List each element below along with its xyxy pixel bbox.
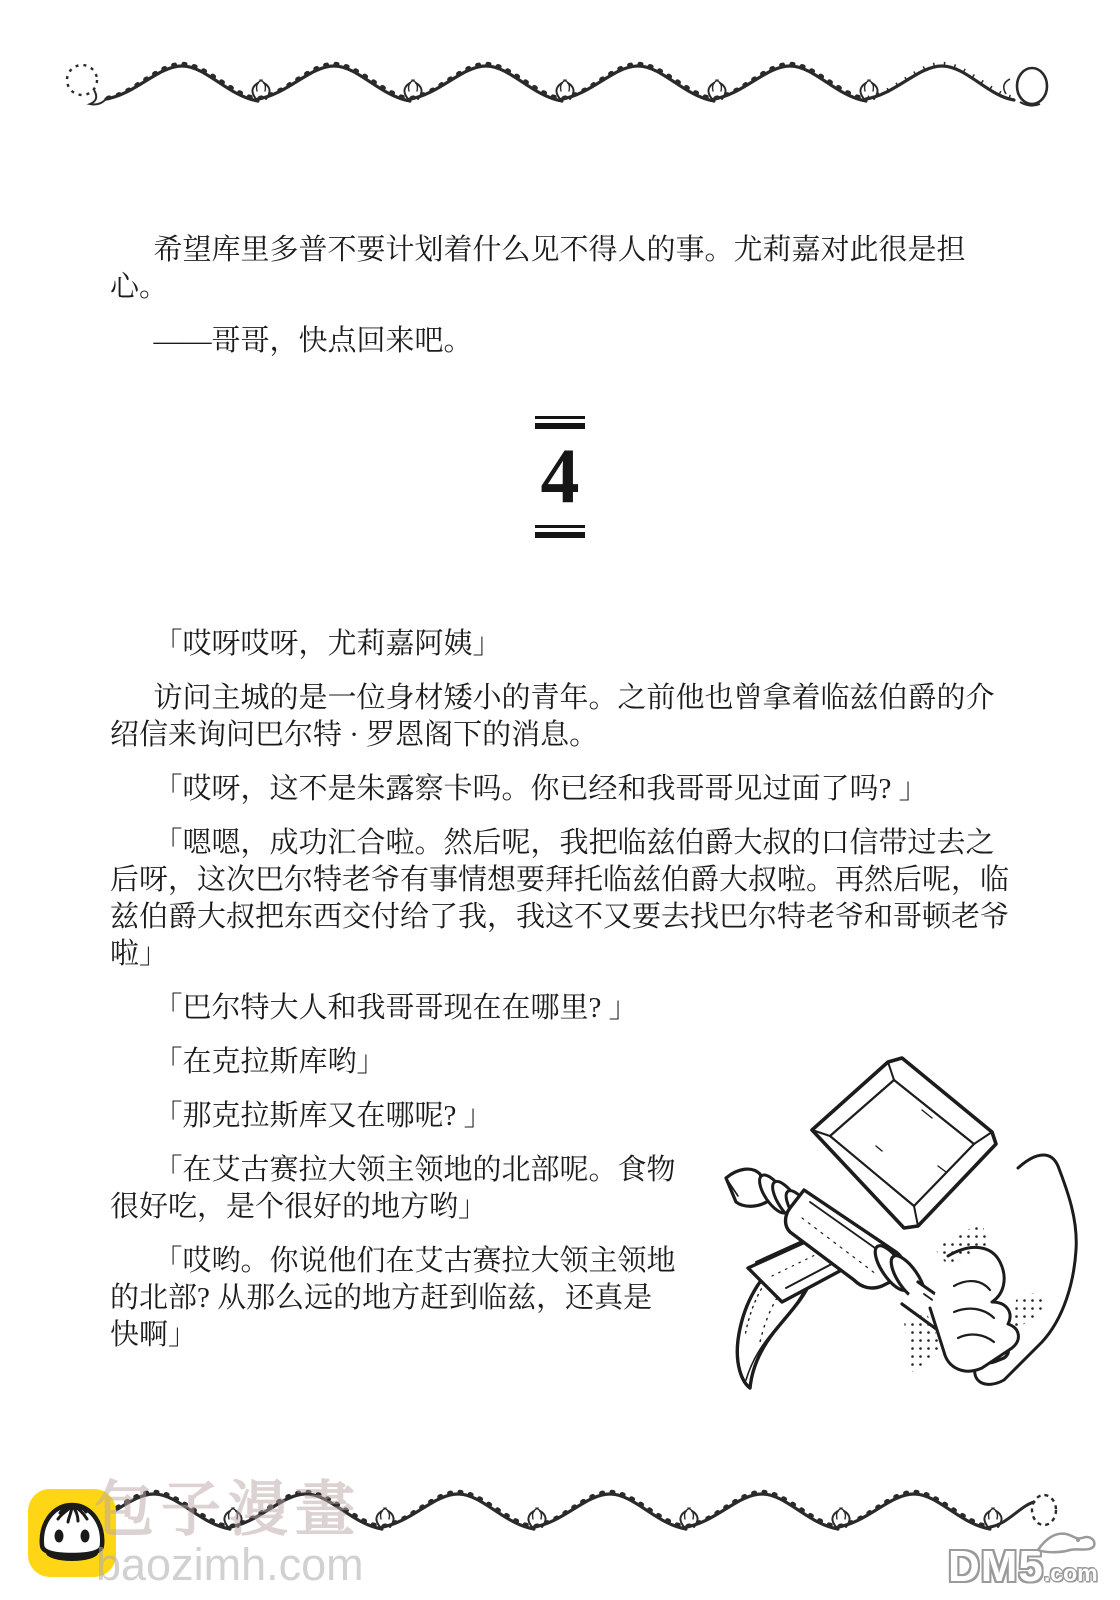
- dm5-logo-suffix: .com: [1044, 1560, 1098, 1586]
- paragraph: 「哎呀，这不是朱露察卡吗。你已经和我哥哥见过面了吗? 」: [110, 771, 1010, 808]
- top-scroll-ornament: [58, 58, 1062, 116]
- paragraph: 「哎呀哎呀，尤莉嘉阿姨」: [110, 626, 1010, 663]
- chapter-heading: 4: [110, 416, 1010, 538]
- novel-page: 希望库里多普不要计划着什么见不得人的事。尤莉嘉对此很是担心。——哥哥，快点回来吧…: [0, 0, 1120, 1600]
- paragraph: 「巴尔特大人和我哥哥现在在哪里? 」: [110, 990, 1010, 1027]
- chapter-rule-top: [535, 416, 585, 429]
- paragraph: 「嗯嗯，成功汇合啦。然后呢，我把临兹伯爵大叔的口信带过去之后呀，这次巴尔特老爷有…: [110, 825, 1010, 973]
- dm5-logo: DM5.com: [948, 1542, 1118, 1598]
- paragraph: 希望库里多普不要计划着什么见不得人的事。尤莉嘉对此很是担心。: [110, 232, 1010, 306]
- paragraph: ——哥哥，快点回来吧。: [110, 323, 1010, 360]
- dm5-mascot-icon: [1032, 1526, 1102, 1556]
- dm5-logo-text: DM5: [948, 1542, 1044, 1591]
- warhammer-icon: [686, 1050, 1118, 1398]
- intro-paragraphs: 希望库里多普不要计划着什么见不得人的事。尤莉嘉对此很是担心。——哥哥，快点回来吧…: [110, 232, 1010, 360]
- scroll-flourish-icon: [58, 58, 1062, 116]
- dialogue-paragraphs: 「哎呀哎呀，尤莉嘉阿姨」访问主城的是一位身材矮小的青年。之前他也曾拿着临兹伯爵的…: [110, 626, 1010, 1081]
- chapter-number: 4: [110, 439, 1010, 513]
- chapter-rule-bottom: [535, 525, 585, 538]
- hammer-illustration: [686, 1050, 1118, 1398]
- paragraph: 访问主城的是一位身材矮小的青年。之前他也曾拿着临兹伯爵的介绍信来询问巴尔特 · …: [110, 680, 1010, 754]
- baozi-watermark-title: 包子漫畫: [94, 1478, 362, 1542]
- baozi-watermark-domain: baozimh.com: [96, 1540, 364, 1590]
